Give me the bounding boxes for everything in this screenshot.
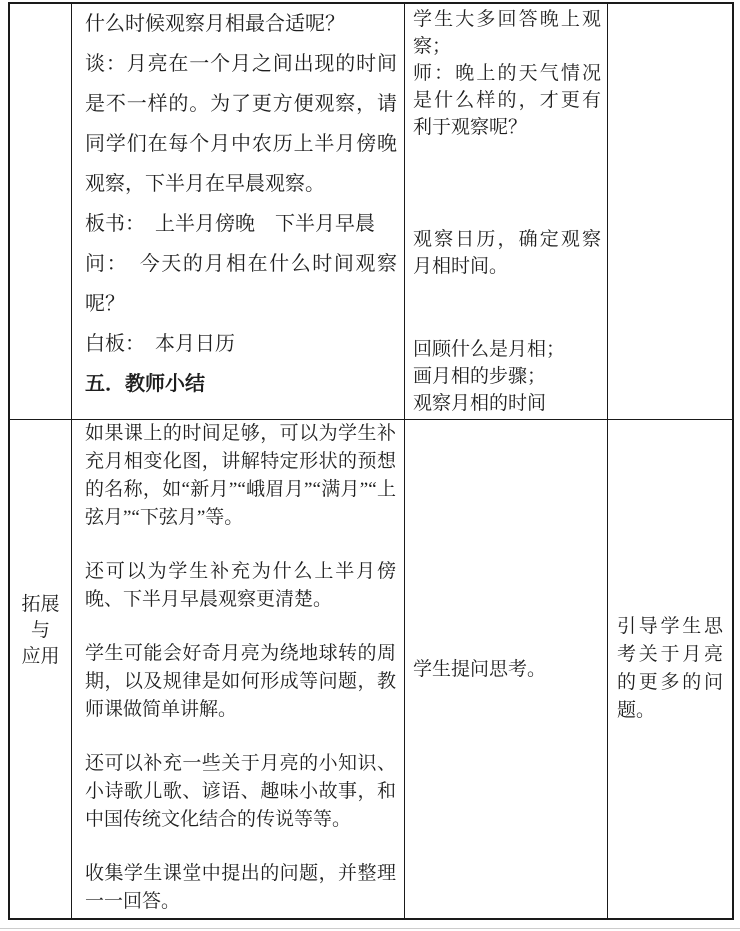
paragraph-students-answer-night: 学生大多回答晚上观察； xyxy=(413,6,601,60)
heading-teacher-summary: 五．教师小结 xyxy=(85,364,397,404)
paragraph-review-moon-phase: 回顾什么是月相； xyxy=(413,336,601,363)
design-intent-cell-row2: 引导学生思考关于月亮的更多的问题。 xyxy=(608,420,732,918)
lesson-plan-table: 什么时候观察月相最合适呢？ 谈：月亮在一个月之间出现的时间是不一样的。为了更方便… xyxy=(8,2,734,920)
stage-column-cell-row1 xyxy=(10,4,72,420)
design-intent-cell-row1 xyxy=(608,4,732,420)
page-bottom-divider xyxy=(0,928,740,929)
paragraph-draw-steps: 画月相的步骤； xyxy=(413,363,601,390)
stage-column-cell-expand-apply: 拓展 与 应用 xyxy=(10,420,72,918)
teacher-activity-cell-row1: 什么时候观察月相最合适呢？ 谈：月亮在一个月之间出现的时间是不一样的。为了更方便… xyxy=(72,4,405,420)
paragraph-supplement-phase-chart: 如果课上的时间足够，可以为学生补充月相变化图，讲解特定形状的预想的名称，如“新月… xyxy=(85,420,396,532)
stage-label-line2: 与 xyxy=(21,618,59,644)
paragraph-question-when-observe: 什么时候观察月相最合适呢？ xyxy=(85,4,397,44)
paragraph-guide-students-think: 引导学生思考关于月亮的更多的问题。 xyxy=(617,613,723,725)
paragraph-question-today: 问： 今天的月相在什么时间观察呢？ xyxy=(85,244,397,324)
paragraph-why-evening-morning: 还可以为学生补充为什么上半月傍晚、下半月早晨观察更清楚。 xyxy=(85,558,396,614)
paragraph-observe-time: 观察月相的时间 xyxy=(413,390,601,417)
paragraph-moon-trivia: 还可以补充一些关于月亮的小知识、小诗歌儿歌、谚语、趣味小故事，和中国传统文化结合… xyxy=(85,750,396,834)
stage-label-line3: 应用 xyxy=(21,644,59,670)
paragraph-teacher-weather-question: 师：晚上的天气情况是什么样的，才更有利于观察呢？ xyxy=(413,60,601,141)
paragraph-whiteboard-calendar: 白板： 本月日历 xyxy=(85,324,397,364)
paragraph-students-ask-think: 学生提问思考。 xyxy=(413,656,546,683)
paragraph-board-writing: 板书： 上半月傍晚 下半月早晨 xyxy=(85,204,397,244)
paragraph-talk-moon-time: 谈：月亮在一个月之间出现的时间是不一样的。为了更方便观察，请同学们在每个月中农历… xyxy=(85,44,397,204)
student-activity-cell-row2: 学生提问思考。 xyxy=(405,420,608,918)
paragraph-students-curious-orbit: 学生可能会好奇月亮为绕地球转的周期，以及规律是如何形成等问题，教师课做简单讲解。 xyxy=(85,640,396,724)
stage-label-line1: 拓展 xyxy=(21,592,59,618)
paragraph-observe-calendar: 观察日历，确定观察月相时间。 xyxy=(413,226,601,280)
student-activity-cell-row1: 学生大多回答晚上观察； 师：晚上的天气情况是什么样的，才更有利于观察呢？ 观察日… xyxy=(405,4,608,420)
paragraph-collect-questions: 收集学生课堂中提出的问题，并整理一一回答。 xyxy=(85,860,396,916)
stage-label: 拓展 与 应用 xyxy=(21,592,59,670)
teacher-activity-cell-row2: 如果课上的时间足够，可以为学生补充月相变化图，讲解特定形状的预想的名称，如“新月… xyxy=(72,420,405,918)
